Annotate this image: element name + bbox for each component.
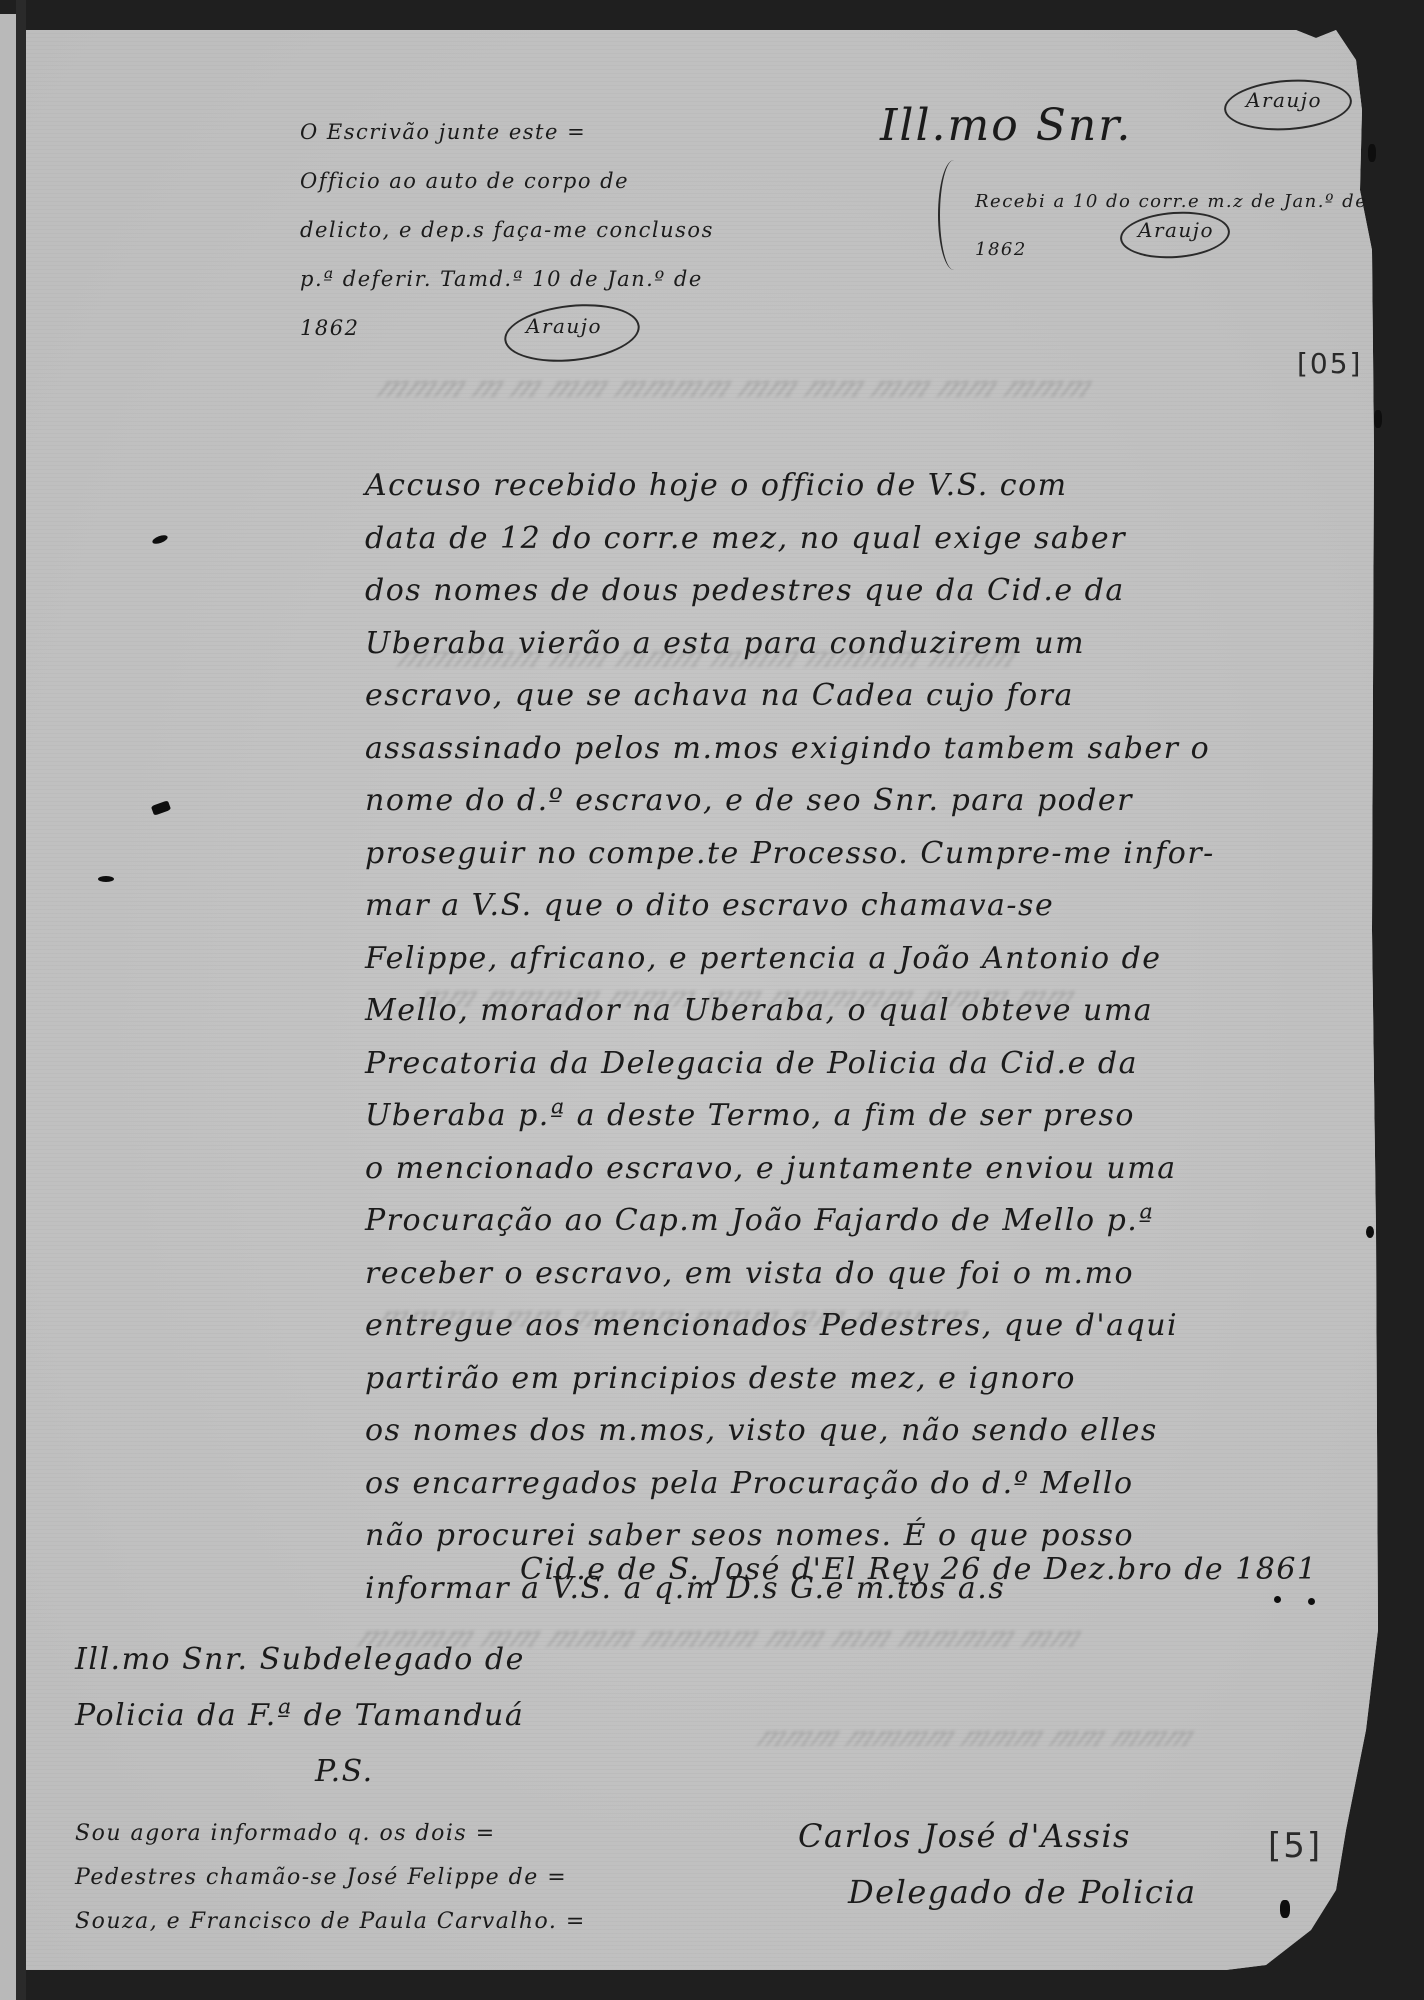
body-line: Accuso recebido hoje o officio de V.S. c…: [365, 460, 1215, 513]
margin-note-line: p.ª deferir. Tamd.ª 10 de Jan.º de: [300, 255, 714, 304]
scanned-page: mmm m m mm mmmm mm mm mm mm mmm mmmmm mm…: [0, 0, 1424, 2000]
margin-note-line: delicto, e dep.s faça-me conclusos: [300, 206, 714, 255]
body-line: os nomes dos m.mos, visto que, não sendo…: [365, 1405, 1215, 1458]
ink-blot: [1374, 410, 1382, 428]
body-line: data de 12 do corr.e mez, no qual exige …: [365, 513, 1215, 566]
postscript-line: Souza, e Francisco de Paula Carvalho. =: [75, 1900, 586, 1944]
addressee-block: Ill.mo Snr. Subdelegado de Policia da F.…: [75, 1632, 525, 1800]
body-line: partirão em principios deste mez, e igno…: [365, 1353, 1215, 1406]
margin-note-line: Officio ao auto de corpo de: [300, 157, 714, 206]
addressee-line: Ill.mo Snr. Subdelegado de: [75, 1632, 525, 1688]
body-line: Uberaba vierão a esta para conduzirem um: [365, 618, 1215, 671]
receipt-signature: Araujo: [1138, 218, 1214, 242]
body-line: proseguir no compe.te Processo. Cumpre-m…: [365, 828, 1215, 881]
body-line: dos nomes de dous pedestres que da Cid.e…: [365, 565, 1215, 618]
salutation-top: Ill.mo Snr.: [880, 100, 1132, 151]
ink-blot: [1308, 1598, 1315, 1605]
body-line: o mencionado escravo, e juntamente envio…: [365, 1143, 1215, 1196]
postscript-block: Sou agora informado q. os dois = Pedestr…: [75, 1812, 586, 1944]
body-line: Procuração ao Cap.m João Fajardo de Mell…: [365, 1195, 1215, 1248]
letter-body: Accuso recebido hoje o officio de V.S. c…: [365, 460, 1215, 1615]
signature-block: Carlos José d'Assis Delegado de Policia: [798, 1808, 1197, 1920]
postscript-line: Pedestres chamão-se José Felippe de =: [75, 1856, 586, 1900]
body-line: Mello, morador na Uberaba, o qual obteve…: [365, 985, 1215, 1038]
ink-blot: [1280, 1900, 1290, 1918]
margin-signature: Araujo: [526, 314, 602, 338]
body-line: entregue aos mencionados Pedestres, que …: [365, 1300, 1215, 1353]
margin-note-line: O Escrivão junte este =: [300, 108, 714, 157]
body-line: mar a V.S. que o dito escravo chamava-se: [365, 880, 1215, 933]
body-line: Precatoria da Delegacia de Policia da Ci…: [365, 1038, 1215, 1091]
body-line: Felippe, africano, e pertencia a João An…: [365, 933, 1215, 986]
ink-blot: [1274, 1596, 1281, 1603]
folio-stamp-bottom: [5]: [1268, 1826, 1322, 1866]
signatory-title: Delegado de Policia: [798, 1864, 1197, 1920]
body-line: nome do d.º escravo, e de seo Snr. para …: [365, 775, 1215, 828]
body-line: Uberaba p.ª a deste Termo, a fim de ser …: [365, 1090, 1215, 1143]
body-line: os encarregados pela Procuração do d.º M…: [365, 1458, 1215, 1511]
bleed-through-text: mmm m m mm mmmm mm mm mm mm mmm: [370, 370, 1102, 405]
body-line: escravo, que se achava na Cadea cujo for…: [365, 670, 1215, 723]
ink-blot: [1368, 144, 1376, 162]
dateline: Cid.e de S. José d'El Rey 26 de Dez.bro …: [520, 1552, 1318, 1587]
binding-gutter: [16, 0, 26, 2000]
body-line: assassinado pelos m.mos exigindo tambem …: [365, 723, 1215, 776]
ink-blot: [1366, 1226, 1374, 1238]
receipt-brace: [938, 160, 970, 270]
margin-note: O Escrivão junte este = Officio ao auto …: [300, 108, 714, 353]
addressee-line: Policia da F.ª de Tamanduá: [75, 1688, 525, 1744]
ink-blot: [98, 876, 114, 882]
signatory-name: Carlos José d'Assis: [798, 1808, 1197, 1864]
postscript-line: Sou agora informado q. os dois =: [75, 1812, 586, 1856]
postscript-mark: P.S.: [75, 1744, 525, 1800]
corner-signature: Araujo: [1246, 88, 1322, 112]
folio-stamp-top: [05]: [1297, 347, 1362, 380]
previous-page-edge: [0, 14, 16, 2000]
bleed-through-text: mmm mmmm mmm mm mmm: [750, 1720, 1203, 1753]
body-line: receber o escravo, em vista do que foi o…: [365, 1248, 1215, 1301]
